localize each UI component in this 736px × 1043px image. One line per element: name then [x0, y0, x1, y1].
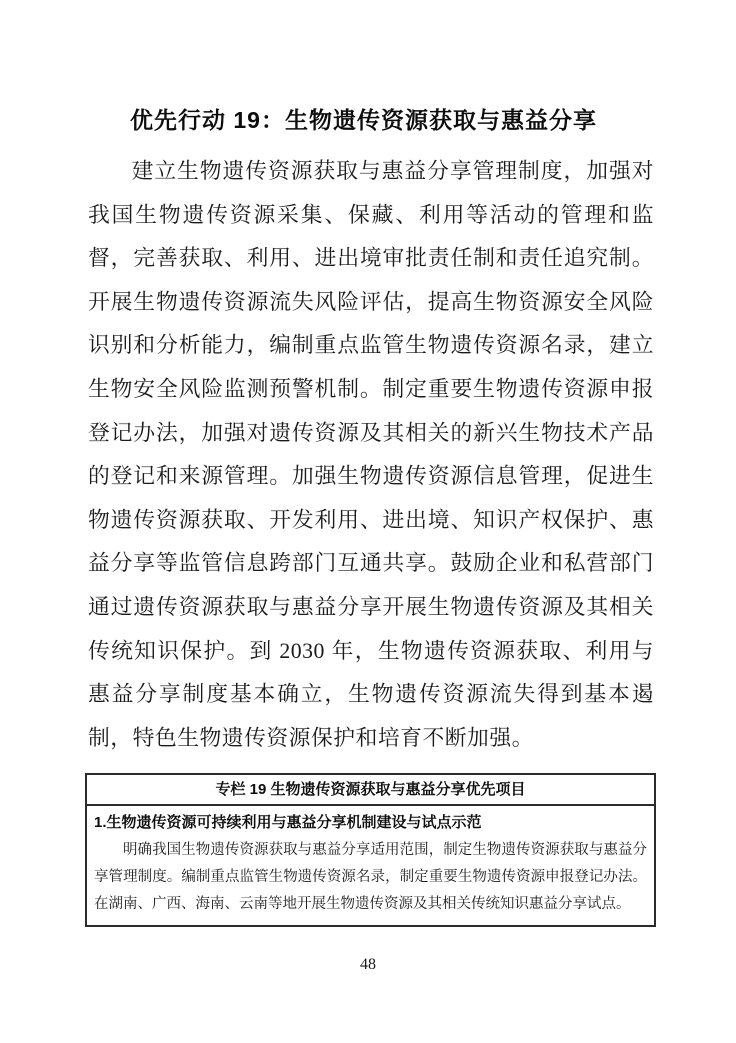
document-page: 优先行动 19：生物遗传资源获取与惠益分享 建立生物遗传资源获取与惠益分享管理制… — [0, 0, 736, 1043]
box-title: 专栏 19 生物遗传资源获取与惠益分享优先项目 — [87, 775, 654, 806]
body-paragraph: 建立生物遗传资源获取与惠益分享管理制度，加强对我国生物遗传资源采集、保藏、利用等… — [88, 150, 654, 760]
page-number: 48 — [0, 956, 736, 974]
box-item-body: 明确我国生物遗传资源获取与惠益分享适用范围，制定生物遗传资源获取与惠益分享管理制… — [94, 837, 647, 918]
section-heading: 优先行动 19：生物遗传资源获取与惠益分享 — [130, 102, 597, 135]
priority-projects-box: 专栏 19 生物遗传资源获取与惠益分享优先项目 1.生物遗传资源可持续利用与惠益… — [85, 773, 656, 927]
box-item-heading: 1.生物遗传资源可持续利用与惠益分享机制建设与试点示范 — [94, 810, 647, 836]
box-content: 1.生物遗传资源可持续利用与惠益分享机制建设与试点示范 明确我国生物遗传资源获取… — [87, 806, 654, 925]
